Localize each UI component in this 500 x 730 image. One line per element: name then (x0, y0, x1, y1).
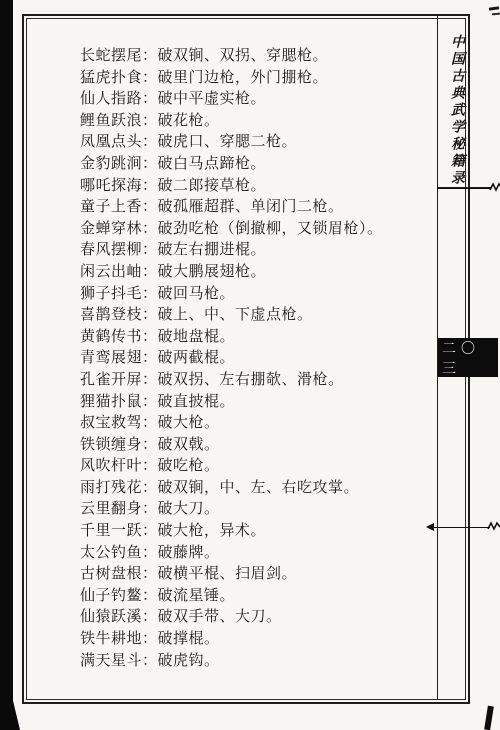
technique-entry: 雨打残花：破双锏，中、左、右吃攻掌。 (80, 478, 432, 500)
technique-entry: 叔宝救驾：破大枪。 (80, 413, 432, 435)
technique-entry: 春风摆柳：破左右掤进棍。 (80, 240, 432, 262)
scan-noise-mark (492, 13, 500, 16)
technique-entry: 太公钓鱼：破藤牌。 (80, 543, 432, 565)
technique-entry: 风吹杆叶：破吃枪。 (80, 456, 432, 478)
book-title-vertical: 中国古典武学秘籍录 (440, 28, 466, 193)
page-number: 二〇三 (438, 338, 498, 378)
technique-entry: 满天星斗：破虎钩。 (80, 651, 432, 673)
margin-squiggle-icon (489, 182, 500, 192)
technique-entry: 童子上香：破孤雁超群、单闭门二枪。 (80, 197, 432, 219)
technique-entry: 狸猫扑鼠：破直披棍。 (80, 392, 432, 414)
technique-entry: 猛虎扑食：破里门边枪，外门掤枪。 (80, 68, 432, 90)
technique-entry: 凤凰点头：破虎口、穿腮二枪。 (80, 132, 432, 154)
technique-entry: 青鸾展翅：破两截棍。 (80, 348, 432, 370)
technique-entry: 千里一跃：破大枪，异术。 (80, 521, 432, 543)
technique-entry: 孔雀开屏：破双拐、左右掤欹、滑枪。 (80, 370, 432, 392)
technique-entry: 闲云出岫：破大鹏展翅枪。 (80, 262, 432, 284)
technique-entry: 铁锁缠身：破双戟。 (80, 435, 432, 457)
technique-entry: 金豹跳涧：破白马点蹄枪。 (80, 154, 432, 176)
technique-entry: 云里翻身：破大刀。 (80, 499, 432, 521)
technique-entry: 仙猿跃溪：破双手带、大刀。 (80, 607, 432, 629)
technique-entry: 鲤鱼跃浪：破花枪。 (80, 111, 432, 133)
margin-mark-line (432, 527, 490, 528)
margin-squiggle-icon (487, 521, 500, 531)
technique-entry: 喜鹊登枝：破上、中、下虚点枪。 (80, 305, 432, 327)
scan-edge-bar (0, 0, 13, 730)
technique-entry: 仙子钓鳌：破流星锤。 (80, 586, 432, 608)
left-arrow-icon (426, 523, 434, 531)
scan-edge-wedge (10, 688, 20, 730)
technique-entry: 仙人指路：破中平虚实枪。 (80, 89, 432, 111)
scan-noise-mark (489, 6, 499, 10)
technique-entry: 黄鹤传书：破地盘棍。 (80, 327, 432, 349)
technique-entry: 古树盘根：破横平棍、扫眉剑。 (80, 564, 432, 586)
technique-entry: 长蛇摆尾：破双锏、双拐、穿腮枪。 (80, 46, 432, 68)
technique-entry: 金蝉穿林：破劲吃枪（倒撤柳，又锁眉枪）。 (80, 219, 432, 241)
margin-mark-line (437, 188, 490, 189)
technique-entry: 狮子抖毛：破回马枪。 (80, 284, 432, 306)
technique-list: 长蛇摆尾：破双锏、双拐、穿腮枪。猛虎扑食：破里门边枪，外门掤枪。仙人指路：破中平… (80, 46, 432, 672)
page-number-box: 二〇三 (438, 338, 498, 377)
scan-noise-mark (484, 706, 494, 730)
technique-entry: 铁牛耕地：破撑棍。 (80, 629, 432, 651)
technique-entry: 哪吒探海：破二郎接草枪。 (80, 176, 432, 198)
